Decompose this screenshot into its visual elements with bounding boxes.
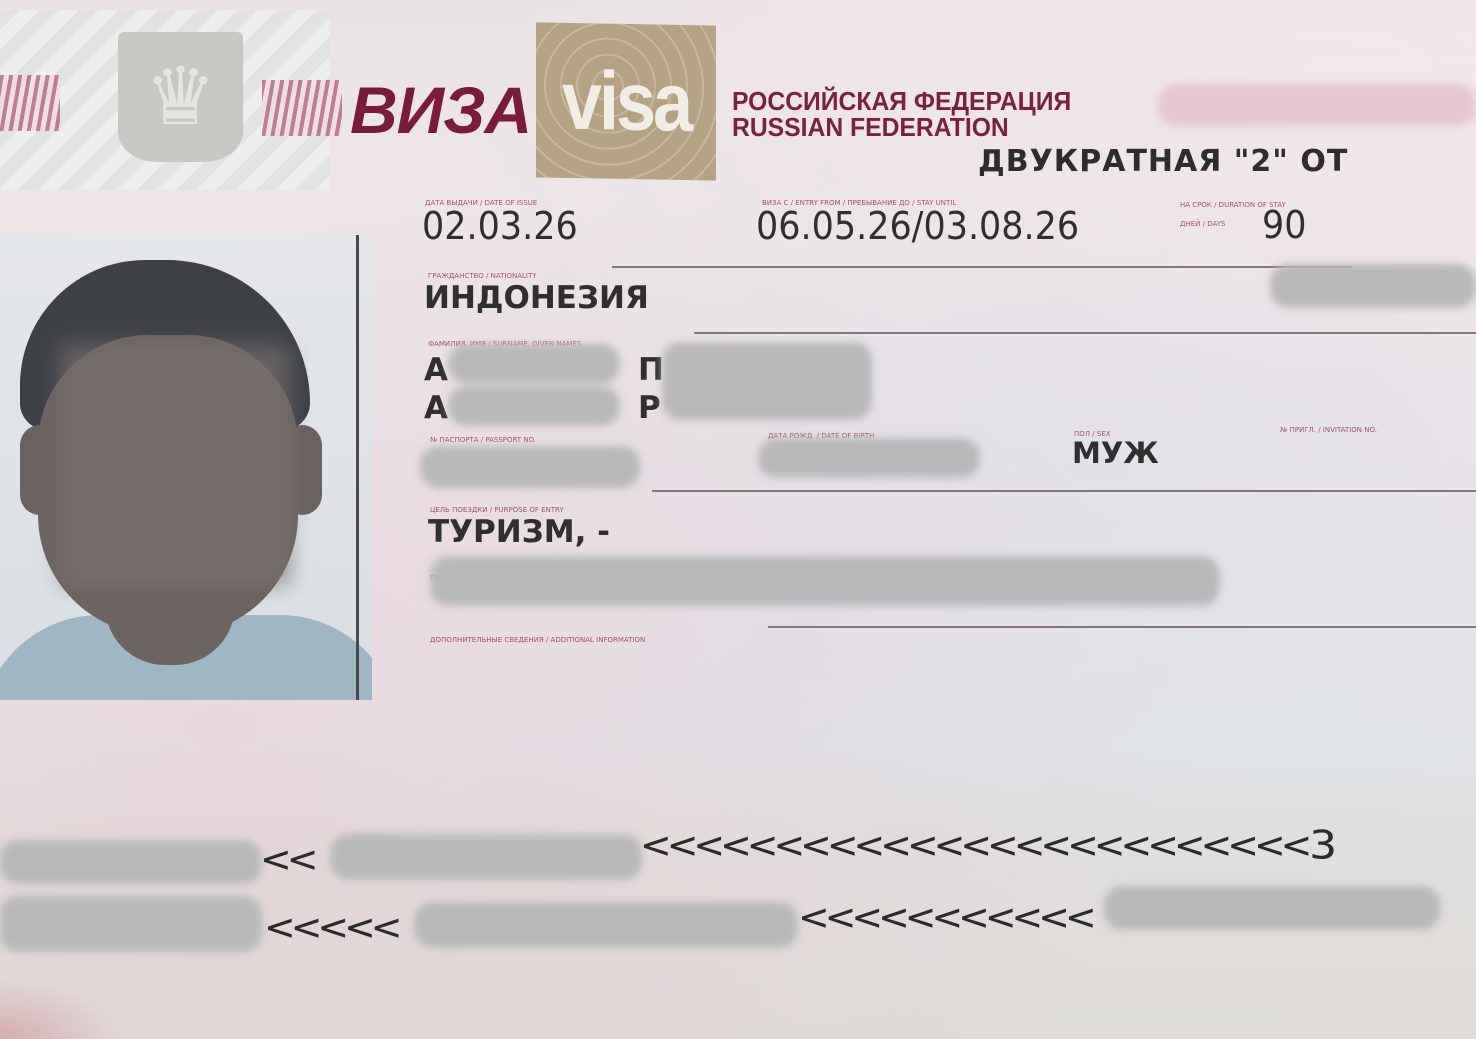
invitation-no-label: № ПРИГЛ. / INVITATION No. [1280,426,1377,434]
photo-border [356,235,359,700]
entries-type: ДВУКРАТНАЯ "2" ОТ [978,144,1348,179]
mrz-redacted [1104,886,1440,930]
duration-days-label: ДНЕЙ / DAYS [1180,220,1225,228]
surname-line2-initial: А [424,390,448,426]
surname-line1-initial: А [424,352,448,388]
passport-no-redacted [420,446,640,488]
divider [612,266,1352,268]
surname-redacted [448,344,620,384]
mrz-redacted [0,840,262,884]
given-line2-initial: Р [638,390,661,426]
validity-value: 06.05.26/03.08.26 [756,204,1079,248]
birth-date-redacted [758,438,980,478]
additional-info-label: ДОПОЛНИТЕЛЬНЫЕ СВЕДЕНИЯ / ADDITIONAL INF… [430,636,645,644]
purpose-value: ТУРИЗМ, - [428,514,610,550]
hatch-pattern [262,80,342,136]
double-headed-eagle-icon: ♛ [145,57,217,137]
mrz-line2-part2: <<<<<<<<<<< [800,894,1094,940]
mrz-line2-part1: <<<<< [266,904,399,950]
duration-value: 90 [1262,203,1306,247]
surname-redacted [448,386,620,426]
divider [768,626,1476,628]
mrz-redacted [330,834,642,880]
passport-no-label: № ПАСПОРТА / PASSPORT No. [430,436,536,444]
redacted-field [1270,264,1476,308]
visa-title-ru: ВИЗА [350,72,531,148]
mrz-line1-part1: << [262,836,315,882]
mrz-redacted [414,902,798,948]
holder-photo [0,235,372,700]
inviting-party-redacted [430,556,1220,606]
visa-title-en: visa [562,53,690,150]
given-line1-initial: П [638,352,664,388]
sex-value: МУЖ [1072,436,1159,470]
country-ru: РОССИЙСКАЯ ФЕДЕРАЦИЯ [732,88,1071,114]
divider [694,332,1476,334]
hatch-pattern [0,75,60,131]
nationality-label: ГРАЖДАНСТВО / NATIONALITY [428,272,537,280]
coat-of-arms: ♛ [118,32,243,162]
divider [652,490,1476,492]
nationality-value: ИНДОНЕЗИЯ [424,280,649,316]
purpose-label: ЦЕЛЬ ПОЕЗДКИ / PURPOSE OF ENTRY [430,506,564,514]
mrz-line1-part2: <<<<<<<<<<<<<<<<<<<<<<<<<3 [642,822,1336,868]
given-name-redacted [662,342,872,420]
issuing-country: РОССИЙСКАЯ ФЕДЕРАЦИЯ RUSSIAN FEDERATION [732,88,1071,140]
issue-date-value: 02.03.26 [422,204,578,248]
finger-shadow [0,979,120,1039]
visa-number-redacted [1158,84,1476,126]
visa-logo: visa [536,22,716,180]
country-en: RUSSIAN FEDERATION [732,114,1071,140]
mrz-redacted [0,896,262,952]
